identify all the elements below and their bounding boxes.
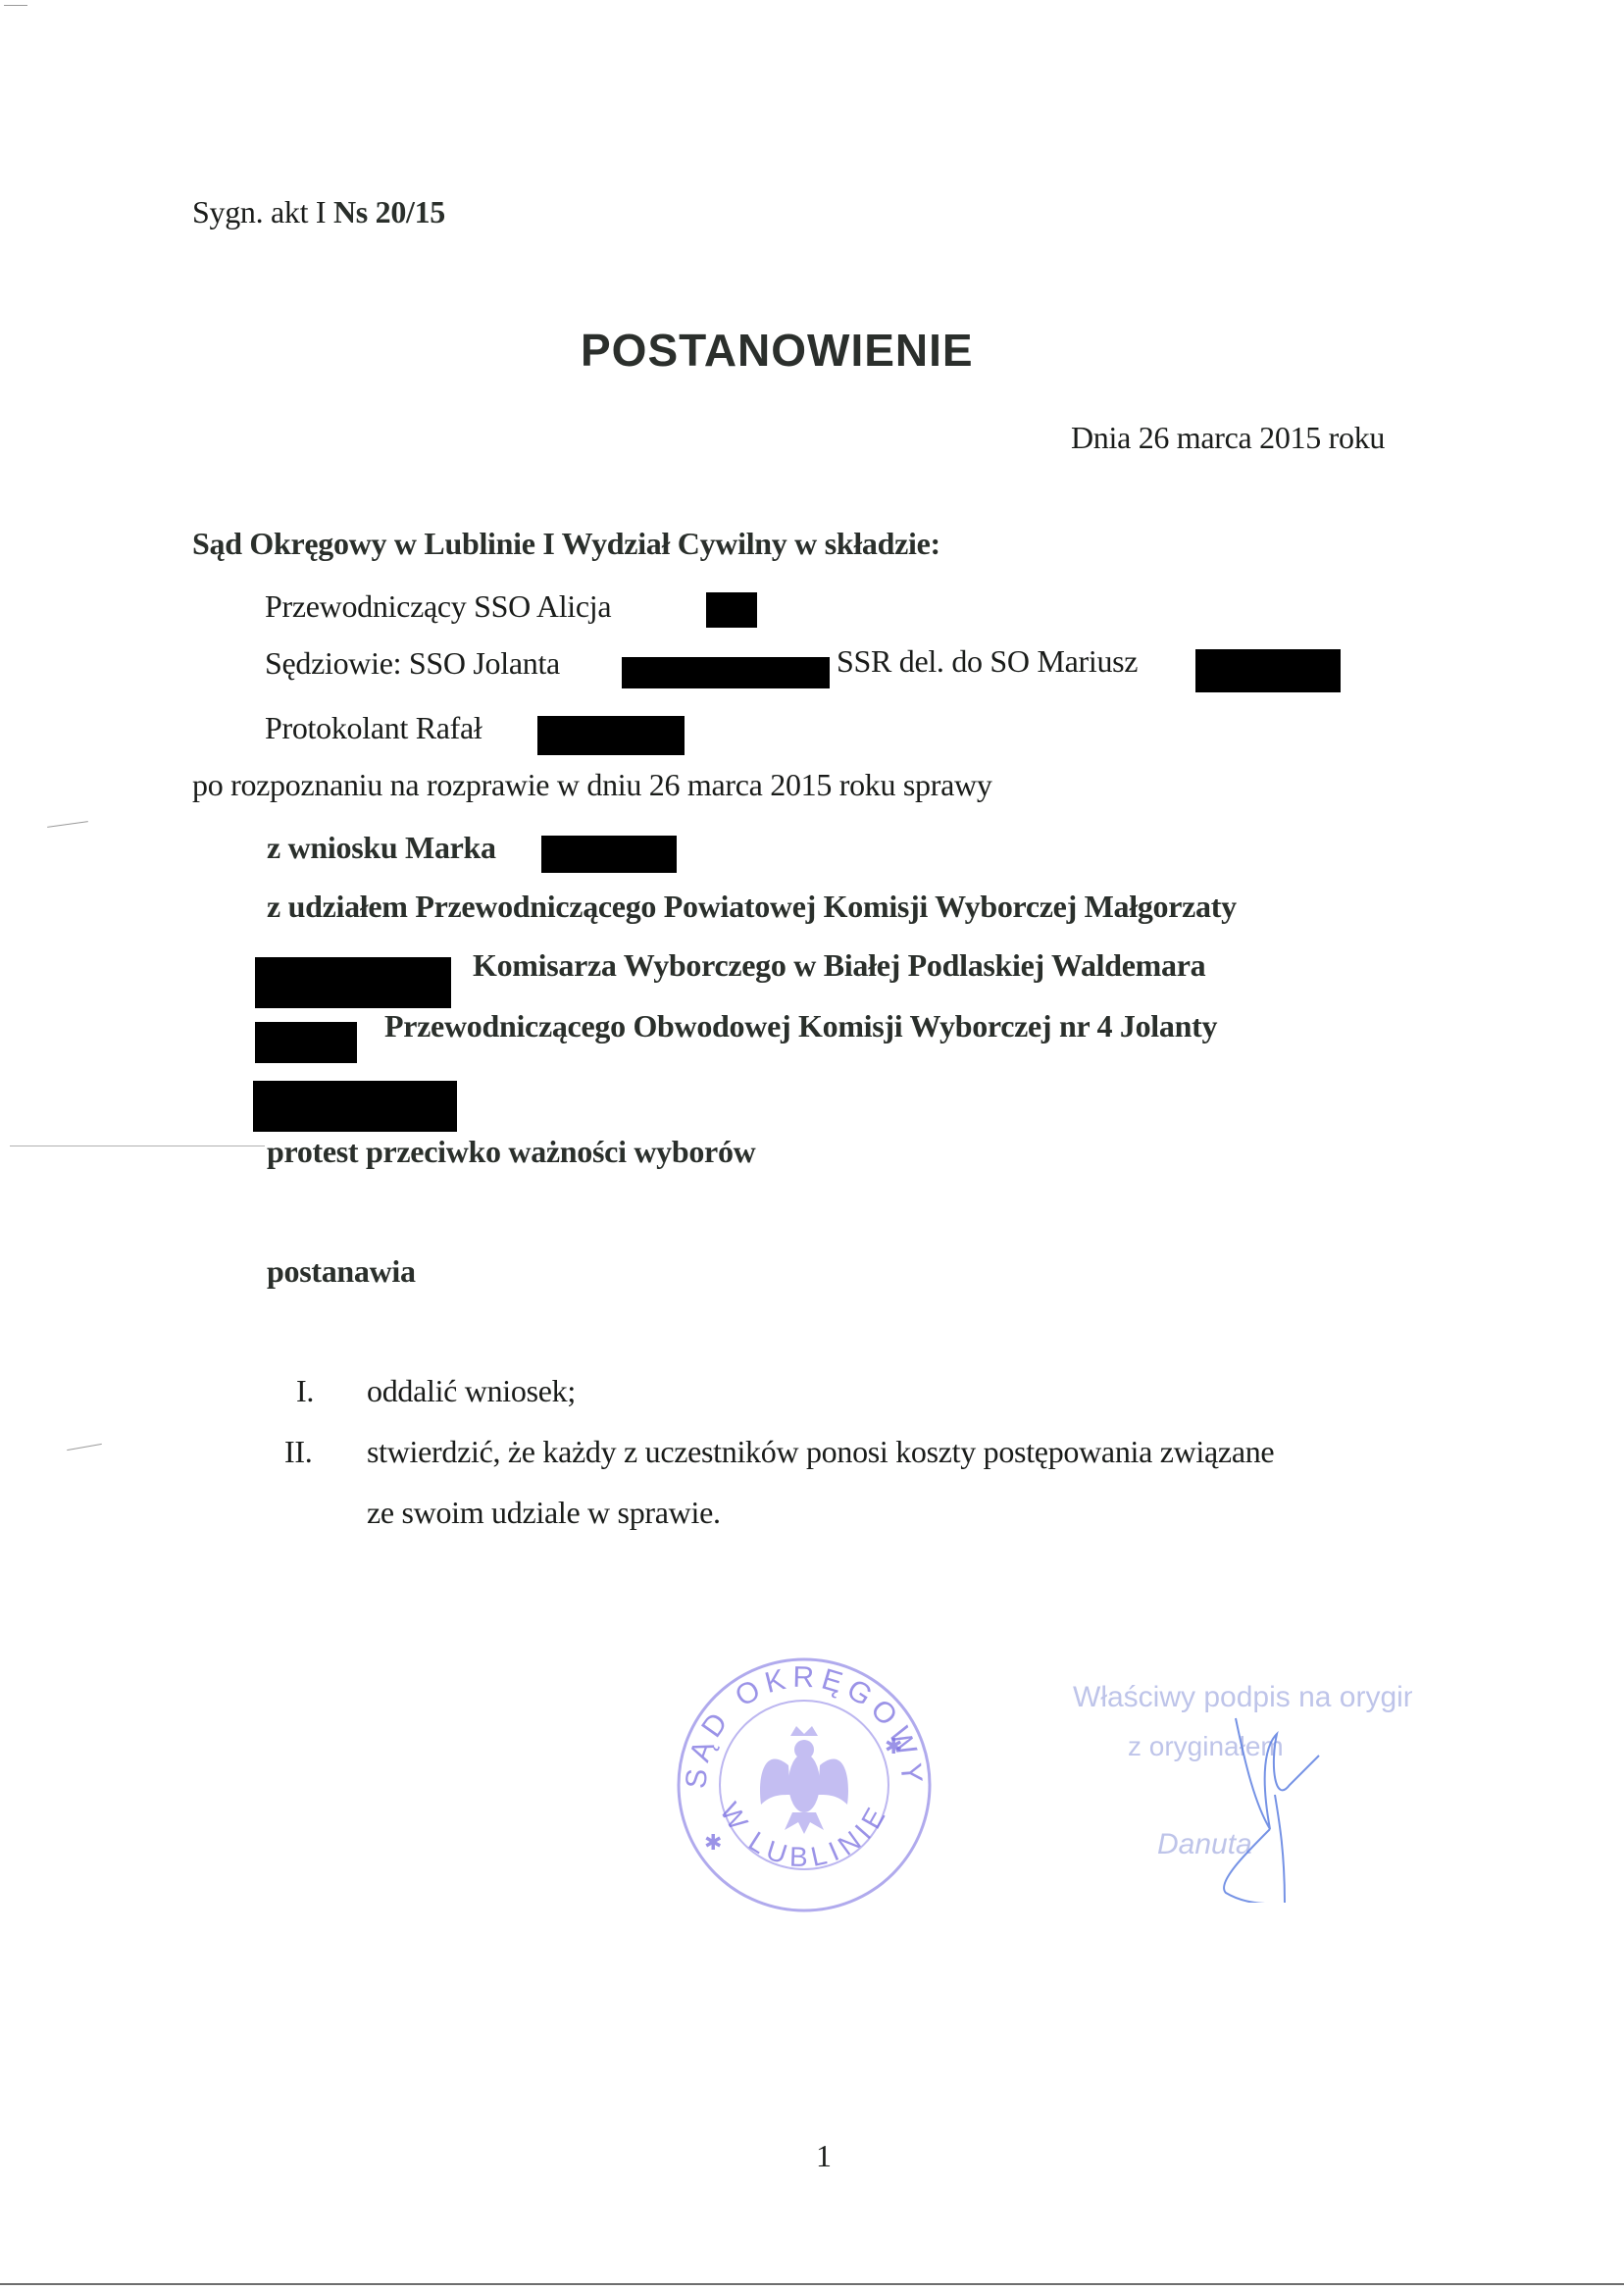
decision-heading: postanawia	[267, 1253, 416, 1290]
ruling-1-text: oddalić wniosek;	[367, 1373, 576, 1409]
scan-artifact-left	[47, 821, 88, 828]
applicant-line: z wniosku Marka	[267, 830, 496, 866]
redaction-participant3-surname	[253, 1081, 457, 1132]
case-number: Ns 20/15	[333, 194, 445, 229]
ruling-2-text: stwierdzić, że każdy z uczestników ponos…	[367, 1434, 1274, 1470]
page-number: 1	[816, 2138, 832, 2174]
redaction-clerk-surname	[537, 716, 685, 755]
participants-line-3: Przewodniczącego Obwodowej Komisji Wybor…	[384, 1008, 1217, 1044]
court-clerk: Protokolant Rafał	[265, 710, 482, 746]
redaction-presiding-surname	[706, 592, 757, 628]
document-title: POSTANOWIENIE	[581, 324, 974, 377]
page-bottom-edge	[0, 2283, 1624, 2285]
judges-part1: Sędziowie: SSO Jolanta	[265, 645, 560, 682]
stamp-star-left: ✱	[704, 1830, 722, 1855]
signature-stamp-line-1: Właściwy podpis na oryginale	[1073, 1681, 1412, 1713]
court-heading: Sąd Okręgowy w Lublinie I Wydział Cywiln…	[192, 526, 940, 562]
judges-part2: SSR del. do SO Mariusz	[837, 643, 1138, 680]
participants-line-2: Komisarza Wyborczego w Białej Podlaskiej…	[473, 947, 1205, 984]
document-date: Dnia 26 marca 2015 roku	[1071, 420, 1385, 456]
case-subject: protest przeciwko ważności wyborów	[267, 1134, 755, 1170]
case-reference-prefix: Sygn. akt I	[192, 194, 333, 229]
scan-artifact-top	[4, 5, 27, 6]
participants-line-1: z udziałem Przewodniczącego Powiatowej K…	[267, 889, 1237, 925]
stamp-star-right: ✱	[885, 1734, 902, 1758]
scan-artifact-fold	[10, 1145, 265, 1146]
redaction-judge1-surname	[622, 657, 830, 688]
signature-stamp-line-2: z oryginałem	[1128, 1731, 1284, 1761]
court-stamp: SĄD OKRĘGOWY W LUBLINIE ✱ ✱	[667, 1648, 941, 1922]
redaction-judge2-surname	[1195, 649, 1341, 692]
case-reference: Sygn. akt I Ns 20/15	[192, 194, 445, 230]
ruling-2-numeral: II.	[284, 1434, 312, 1470]
scan-artifact-left-2	[67, 1444, 102, 1451]
ruling-2-continuation: ze swoim udziale w sprawie.	[367, 1495, 721, 1531]
signature-stamp-name: Danuta	[1157, 1828, 1252, 1860]
ruling-1-numeral: I.	[296, 1373, 314, 1409]
signature-block: Właściwy podpis na oryginale z oryginałe…	[1069, 1657, 1412, 1903]
redaction-participant1-surname	[255, 957, 451, 1008]
presiding-judge: Przewodniczący SSO Alicja	[265, 588, 611, 625]
eagle-emblem-icon	[760, 1726, 848, 1834]
hearing-line: po rozpoznaniu na rozprawie w dniu 26 ma…	[192, 767, 992, 803]
redaction-participant2-surname	[255, 1022, 357, 1063]
redaction-applicant-surname	[541, 836, 677, 873]
